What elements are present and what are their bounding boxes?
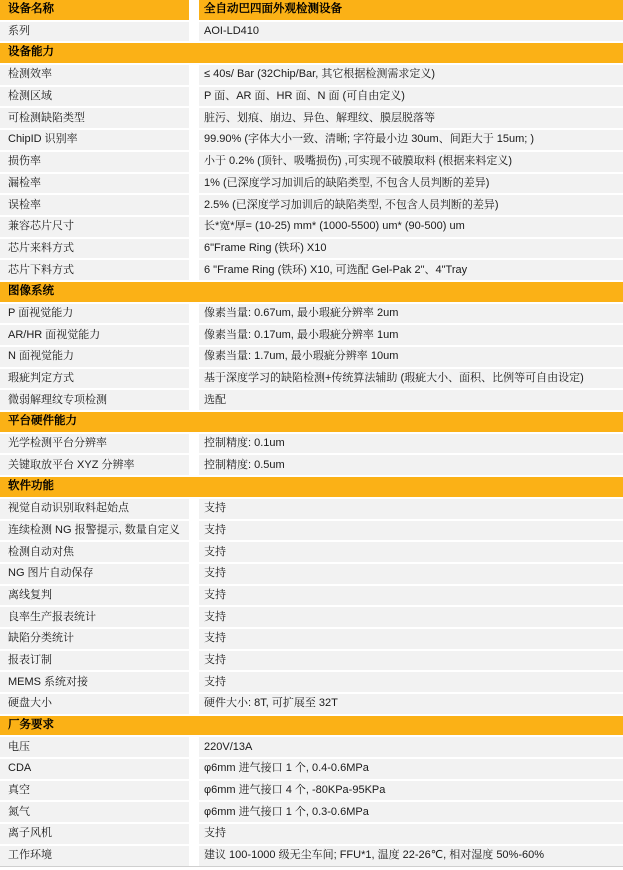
section-header-row: 设备能力 — [0, 43, 623, 63]
section-title: 软件功能 — [0, 477, 623, 497]
spec-row: 工作环境 建议 100-1000 级无尘车间; FFU*1, 温度 22-26℃… — [0, 846, 623, 866]
spec-label: 瑕疵判定方式 — [0, 369, 189, 389]
spec-row: 误检率 2.5% (已深度学习加训后的缺陷类型, 不包含人员判断的差异) — [0, 195, 623, 215]
spec-label: 离线复判 — [0, 586, 189, 606]
spec-value: 硬件大小: 8T, 可扩展至 32T — [199, 694, 623, 714]
spec-row: 真空 φ6mm 进气接口 4 个, -80KPa-95KPa — [0, 781, 623, 801]
spec-value: ≤ 40s/ Bar (32Chip/Bar, 其它根据检测需求定义) — [199, 65, 623, 85]
spec-value: 控制精度: 0.5um — [199, 455, 623, 475]
spec-label: MEMS 系统对接 — [0, 672, 189, 692]
spec-label: 芯片来料方式 — [0, 239, 189, 259]
spec-label: 硬盘大小 — [0, 694, 189, 714]
spec-label: 检测区域 — [0, 87, 189, 107]
section-title: 图像系统 — [0, 282, 623, 302]
spec-row: 良率生产报表统计 支持 — [0, 607, 623, 627]
spec-value: 支持 — [199, 607, 623, 627]
spec-row: P 面视觉能力 像素当量: 0.67um, 最小瑕疵分辨率 2um — [0, 304, 623, 324]
spec-value: 支持 — [199, 521, 623, 541]
spec-label: 设备名称 — [0, 0, 189, 20]
spec-row: AR/HR 面视觉能力 像素当量: 0.17um, 最小瑕疵分辨率 1um — [0, 325, 623, 345]
spec-row: CDA φ6mm 进气接口 1 个, 0.4-0.6MPa — [0, 759, 623, 779]
spec-label: 兼容芯片尺寸 — [0, 217, 189, 237]
spec-value: P 面、AR 面、HR 面、N 面 (可自由定义) — [199, 87, 623, 107]
spec-label: NG 图片自动保存 — [0, 564, 189, 584]
spec-label: 离子风机 — [0, 824, 189, 844]
spec-value: 支持 — [199, 672, 623, 692]
spec-value: 220V/13A — [199, 737, 623, 757]
spec-row: 芯片下料方式 6 "Frame Ring (铁环) X10, 可选配 Gel-P… — [0, 260, 623, 280]
spec-value: 脏污、划痕、崩边、异色、解理纹、膜层脱落等 — [199, 108, 623, 128]
spec-label: 视觉自动识别取料起始点 — [0, 499, 189, 519]
spec-value: 长*宽*厚= (10-25) mm* (1000-5500) um* (90-5… — [199, 217, 623, 237]
spec-label: 微弱解理纹专项检测 — [0, 390, 189, 410]
spec-value: 支持 — [199, 564, 623, 584]
spec-value: φ6mm 进气接口 1 个, 0.3-0.6MPa — [199, 802, 623, 822]
spec-row: 可检测缺陷类型 脏污、划痕、崩边、异色、解理纹、膜层脱落等 — [0, 108, 623, 128]
spec-row: 缺陷分类统计 支持 — [0, 629, 623, 649]
spec-row: 光学检测平台分辨率 控制精度: 0.1um — [0, 434, 623, 454]
spec-row: 离线复判 支持 — [0, 586, 623, 606]
spec-label: 良率生产报表统计 — [0, 607, 189, 627]
spec-label: 电压 — [0, 737, 189, 757]
spec-label: 氮气 — [0, 802, 189, 822]
spec-label: 系列 — [0, 22, 189, 42]
spec-label: 漏检率 — [0, 174, 189, 194]
spec-row: 检测区域 P 面、AR 面、HR 面、N 面 (可自由定义) — [0, 87, 623, 107]
spec-value: 小于 0.2% (顶针、吸嘴损伤) ,可实现不破膜取料 (根据来料定义) — [199, 152, 623, 172]
spec-row: 漏检率 1% (已深度学习加训后的缺陷类型, 不包含人员判断的差异) — [0, 174, 623, 194]
section-header-row: 平台硬件能力 — [0, 412, 623, 432]
spec-row: 瑕疵判定方式 基于深度学习的缺陷检测+传统算法辅助 (瑕疵大小、面积、比例等可自… — [0, 369, 623, 389]
spec-label: 光学检测平台分辨率 — [0, 434, 189, 454]
spec-value: 6 "Frame Ring (铁环) X10, 可选配 Gel-Pak 2"、4… — [199, 260, 623, 280]
section-title: 厂务要求 — [0, 716, 623, 736]
spec-row: MEMS 系统对接 支持 — [0, 672, 623, 692]
spec-row: 损伤率 小于 0.2% (顶针、吸嘴损伤) ,可实现不破膜取料 (根据来料定义) — [0, 152, 623, 172]
spec-label: 可检测缺陷类型 — [0, 108, 189, 128]
spec-row: 关键取放平台 XYZ 分辨率 控制精度: 0.5um — [0, 455, 623, 475]
spec-row: 检测效率 ≤ 40s/ Bar (32Chip/Bar, 其它根据检测需求定义) — [0, 65, 623, 85]
spec-row: 报表订制 支持 — [0, 651, 623, 671]
spec-label: ChipID 识别率 — [0, 130, 189, 150]
spec-label: 检测自动对焦 — [0, 542, 189, 562]
spec-value: 基于深度学习的缺陷检测+传统算法辅助 (瑕疵大小、面积、比例等可自由设定) — [199, 369, 623, 389]
spec-value: 控制精度: 0.1um — [199, 434, 623, 454]
spec-row: 氮气 φ6mm 进气接口 1 个, 0.3-0.6MPa — [0, 802, 623, 822]
spec-row: 兼容芯片尺寸 长*宽*厚= (10-25) mm* (1000-5500) um… — [0, 217, 623, 237]
spec-row: 连续检测 NG 报警提示, 数量自定义 支持 — [0, 521, 623, 541]
spec-value: 全自动巴四面外观检测设备 — [199, 0, 623, 20]
spec-label: 检测效率 — [0, 65, 189, 85]
spec-table: 设备名称 全自动巴四面外观检测设备 系列 AOI-LD410 设备能力 检测效率… — [0, 0, 623, 867]
spec-value: 建议 100-1000 级无尘车间; FFU*1, 温度 22-26℃, 相对湿… — [199, 846, 623, 866]
spec-value: 支持 — [199, 629, 623, 649]
spec-label: CDA — [0, 759, 189, 779]
spec-label: 工作环境 — [0, 846, 189, 866]
spec-label: 误检率 — [0, 195, 189, 215]
spec-value: 支持 — [199, 651, 623, 671]
spec-row: 设备名称 全自动巴四面外观检测设备 — [0, 0, 623, 20]
spec-row: N 面视觉能力 像素当量: 1.7um, 最小瑕疵分辨率 10um — [0, 347, 623, 367]
spec-value: 支持 — [199, 542, 623, 562]
spec-value: 2.5% (已深度学习加训后的缺陷类型, 不包含人员判断的差异) — [199, 195, 623, 215]
spec-value: 1% (已深度学习加训后的缺陷类型, 不包含人员判断的差异) — [199, 174, 623, 194]
spec-row: 微弱解理纹专项检测 选配 — [0, 390, 623, 410]
spec-row: 芯片来料方式 6"Frame Ring (铁环) X10 — [0, 239, 623, 259]
spec-label: N 面视觉能力 — [0, 347, 189, 367]
spec-value: 支持 — [199, 586, 623, 606]
spec-row: 电压 220V/13A — [0, 737, 623, 757]
section-title: 平台硬件能力 — [0, 412, 623, 432]
section-header-row: 软件功能 — [0, 477, 623, 497]
spec-value: φ6mm 进气接口 1 个, 0.4-0.6MPa — [199, 759, 623, 779]
spec-label: 缺陷分类统计 — [0, 629, 189, 649]
spec-value: 99.90% (字体大小一致、清晰; 字符最小边 30um、间距大于 15um;… — [199, 130, 623, 150]
spec-value: AOI-LD410 — [199, 22, 623, 42]
spec-value: 6"Frame Ring (铁环) X10 — [199, 239, 623, 259]
spec-row: 检测自动对焦 支持 — [0, 542, 623, 562]
spec-row: 离子风机 支持 — [0, 824, 623, 844]
spec-label: 芯片下料方式 — [0, 260, 189, 280]
spec-label: 损伤率 — [0, 152, 189, 172]
section-header-row: 厂务要求 — [0, 716, 623, 736]
spec-label: AR/HR 面视觉能力 — [0, 325, 189, 345]
spec-value: 支持 — [199, 824, 623, 844]
spec-row: 硬盘大小 硬件大小: 8T, 可扩展至 32T — [0, 694, 623, 714]
spec-value: 支持 — [199, 499, 623, 519]
spec-label: 真空 — [0, 781, 189, 801]
spec-row: 视觉自动识别取料起始点 支持 — [0, 499, 623, 519]
spec-value: 像素当量: 1.7um, 最小瑕疵分辨率 10um — [199, 347, 623, 367]
spec-row: ChipID 识别率 99.90% (字体大小一致、清晰; 字符最小边 30um… — [0, 130, 623, 150]
spec-label: 连续检测 NG 报警提示, 数量自定义 — [0, 521, 189, 541]
section-title: 设备能力 — [0, 43, 623, 63]
spec-value: 选配 — [199, 390, 623, 410]
spec-label: 报表订制 — [0, 651, 189, 671]
spec-row: 系列 AOI-LD410 — [0, 22, 623, 42]
spec-value: 像素当量: 0.17um, 最小瑕疵分辨率 1um — [199, 325, 623, 345]
section-header-row: 图像系统 — [0, 282, 623, 302]
spec-row: NG 图片自动保存 支持 — [0, 564, 623, 584]
spec-value: φ6mm 进气接口 4 个, -80KPa-95KPa — [199, 781, 623, 801]
spec-label: P 面视觉能力 — [0, 304, 189, 324]
spec-label: 关键取放平台 XYZ 分辨率 — [0, 455, 189, 475]
spec-value: 像素当量: 0.67um, 最小瑕疵分辨率 2um — [199, 304, 623, 324]
